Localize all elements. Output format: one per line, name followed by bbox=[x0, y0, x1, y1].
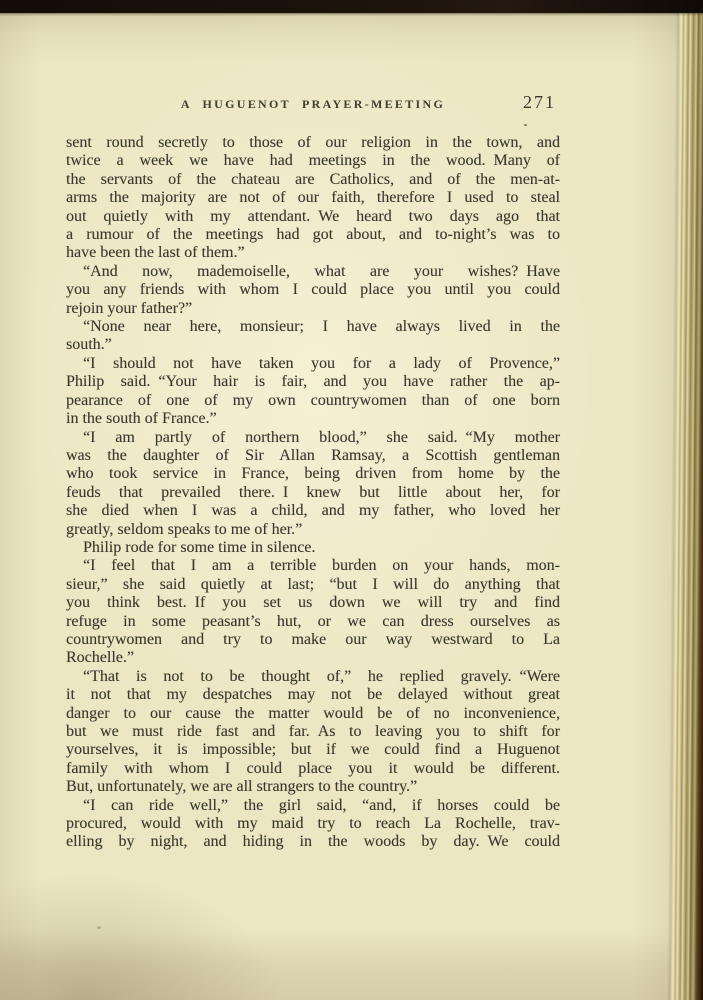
chapter-running-title: A HUGUENOT PRAYER-MEETING bbox=[181, 97, 445, 112]
scan-speck bbox=[97, 926, 101, 929]
text-line: who took service in France, being driven… bbox=[66, 465, 560, 483]
text-line: “I should not have taken you for a lady … bbox=[66, 355, 560, 373]
text-line: rejoin your father?” bbox=[66, 300, 560, 318]
paragraph: “I can ride well,” the girl said, “and, … bbox=[66, 797, 560, 852]
text-line: south.” bbox=[66, 336, 560, 354]
text-line: procured, would with my maid try to reac… bbox=[66, 815, 560, 833]
text-line: sieur,” she said quietly at last; “but I… bbox=[66, 576, 560, 594]
text-line: danger to our cause the matter would be … bbox=[66, 705, 560, 723]
book-page-scan: A HUGUENOT PRAYER-MEETING 271 sent round… bbox=[0, 0, 703, 1000]
text-line: arms the majority are not of our faith, … bbox=[66, 189, 560, 207]
page-stack-fore-edge bbox=[667, 8, 703, 1000]
text-line: “I am partly of northern blood,” she sai… bbox=[66, 429, 560, 447]
paragraph: “None near here, monsieur; I have always… bbox=[66, 318, 560, 355]
text-line: “I feel that I am a terrible burden on y… bbox=[66, 557, 560, 575]
text-line: pearance of one of my own countrywomen t… bbox=[66, 392, 560, 410]
text-line: yourselves, it is impossible; but if we … bbox=[66, 741, 560, 759]
printed-text-block: A HUGUENOT PRAYER-MEETING 271 sent round… bbox=[66, 94, 560, 852]
paragraph: “I feel that I am a terrible burden on y… bbox=[66, 557, 560, 667]
text-line: “I can ride well,” the girl said, “and, … bbox=[66, 797, 560, 815]
text-line: you think best. If you set us down we wi… bbox=[66, 594, 560, 612]
text-line: elling by night, and hiding in the woods… bbox=[66, 833, 560, 851]
text-line: you any friends with whom I could place … bbox=[66, 281, 560, 299]
paragraph: “That is not to be thought of,” he repli… bbox=[66, 668, 560, 797]
text-line: but we must ride fast and far. As to lea… bbox=[66, 723, 560, 741]
text-line: twice a week we have had meetings in the… bbox=[66, 152, 560, 170]
text-line: out quietly with my attendant. We heard … bbox=[66, 208, 560, 226]
text-line: a rumour of the meetings had got about, … bbox=[66, 226, 560, 244]
text-line: “None near here, monsieur; I have always… bbox=[66, 318, 560, 336]
running-header: A HUGUENOT PRAYER-MEETING 271 bbox=[66, 94, 560, 114]
text-line: But, unfortunately, we are all strangers… bbox=[66, 778, 560, 796]
text-line: family with whom I could place you it wo… bbox=[66, 760, 560, 778]
text-line: refuge in some peasant’s hut, or we can … bbox=[66, 613, 560, 631]
text-line: Philip rode for some time in silence. bbox=[66, 539, 560, 557]
paragraph: Philip rode for some time in silence. bbox=[66, 539, 560, 557]
paragraph: “And now, mademoiselle, what are your wi… bbox=[66, 263, 560, 318]
text-line: countrywomen and try to make our way wes… bbox=[66, 631, 560, 649]
text-line: Rochelle.” bbox=[66, 649, 560, 667]
text-line: “And now, mademoiselle, what are your wi… bbox=[66, 263, 560, 281]
text-line: have been the last of them.” bbox=[66, 244, 560, 262]
text-line: it not that my despatches may not be del… bbox=[66, 686, 560, 704]
page-number: 271 bbox=[523, 92, 556, 113]
text-line: was the daughter of Sir Allan Ramsay, a … bbox=[66, 447, 560, 465]
paragraph: “I should not have taken you for a lady … bbox=[66, 355, 560, 429]
paragraph: sent round secretly to those of our reli… bbox=[66, 134, 560, 263]
text-line: she died when I was a child, and my fath… bbox=[66, 502, 560, 520]
text-line: “That is not to be thought of,” he repli… bbox=[66, 668, 560, 686]
paragraph: “I am partly of northern blood,” she sai… bbox=[66, 429, 560, 539]
text-line: greatly, seldom speaks to me of her.” bbox=[66, 521, 560, 539]
page-body: sent round secretly to those of our reli… bbox=[66, 134, 560, 852]
text-line: in the south of France.” bbox=[66, 410, 560, 428]
text-line: feuds that prevailed there. I knew but l… bbox=[66, 484, 560, 502]
text-line: the servants of the chateau are Catholic… bbox=[66, 171, 560, 189]
text-line: sent round secretly to those of our reli… bbox=[66, 134, 560, 152]
book-top-edge bbox=[0, 0, 703, 13]
text-line: Philip said. “Your hair is fair, and you… bbox=[66, 373, 560, 391]
